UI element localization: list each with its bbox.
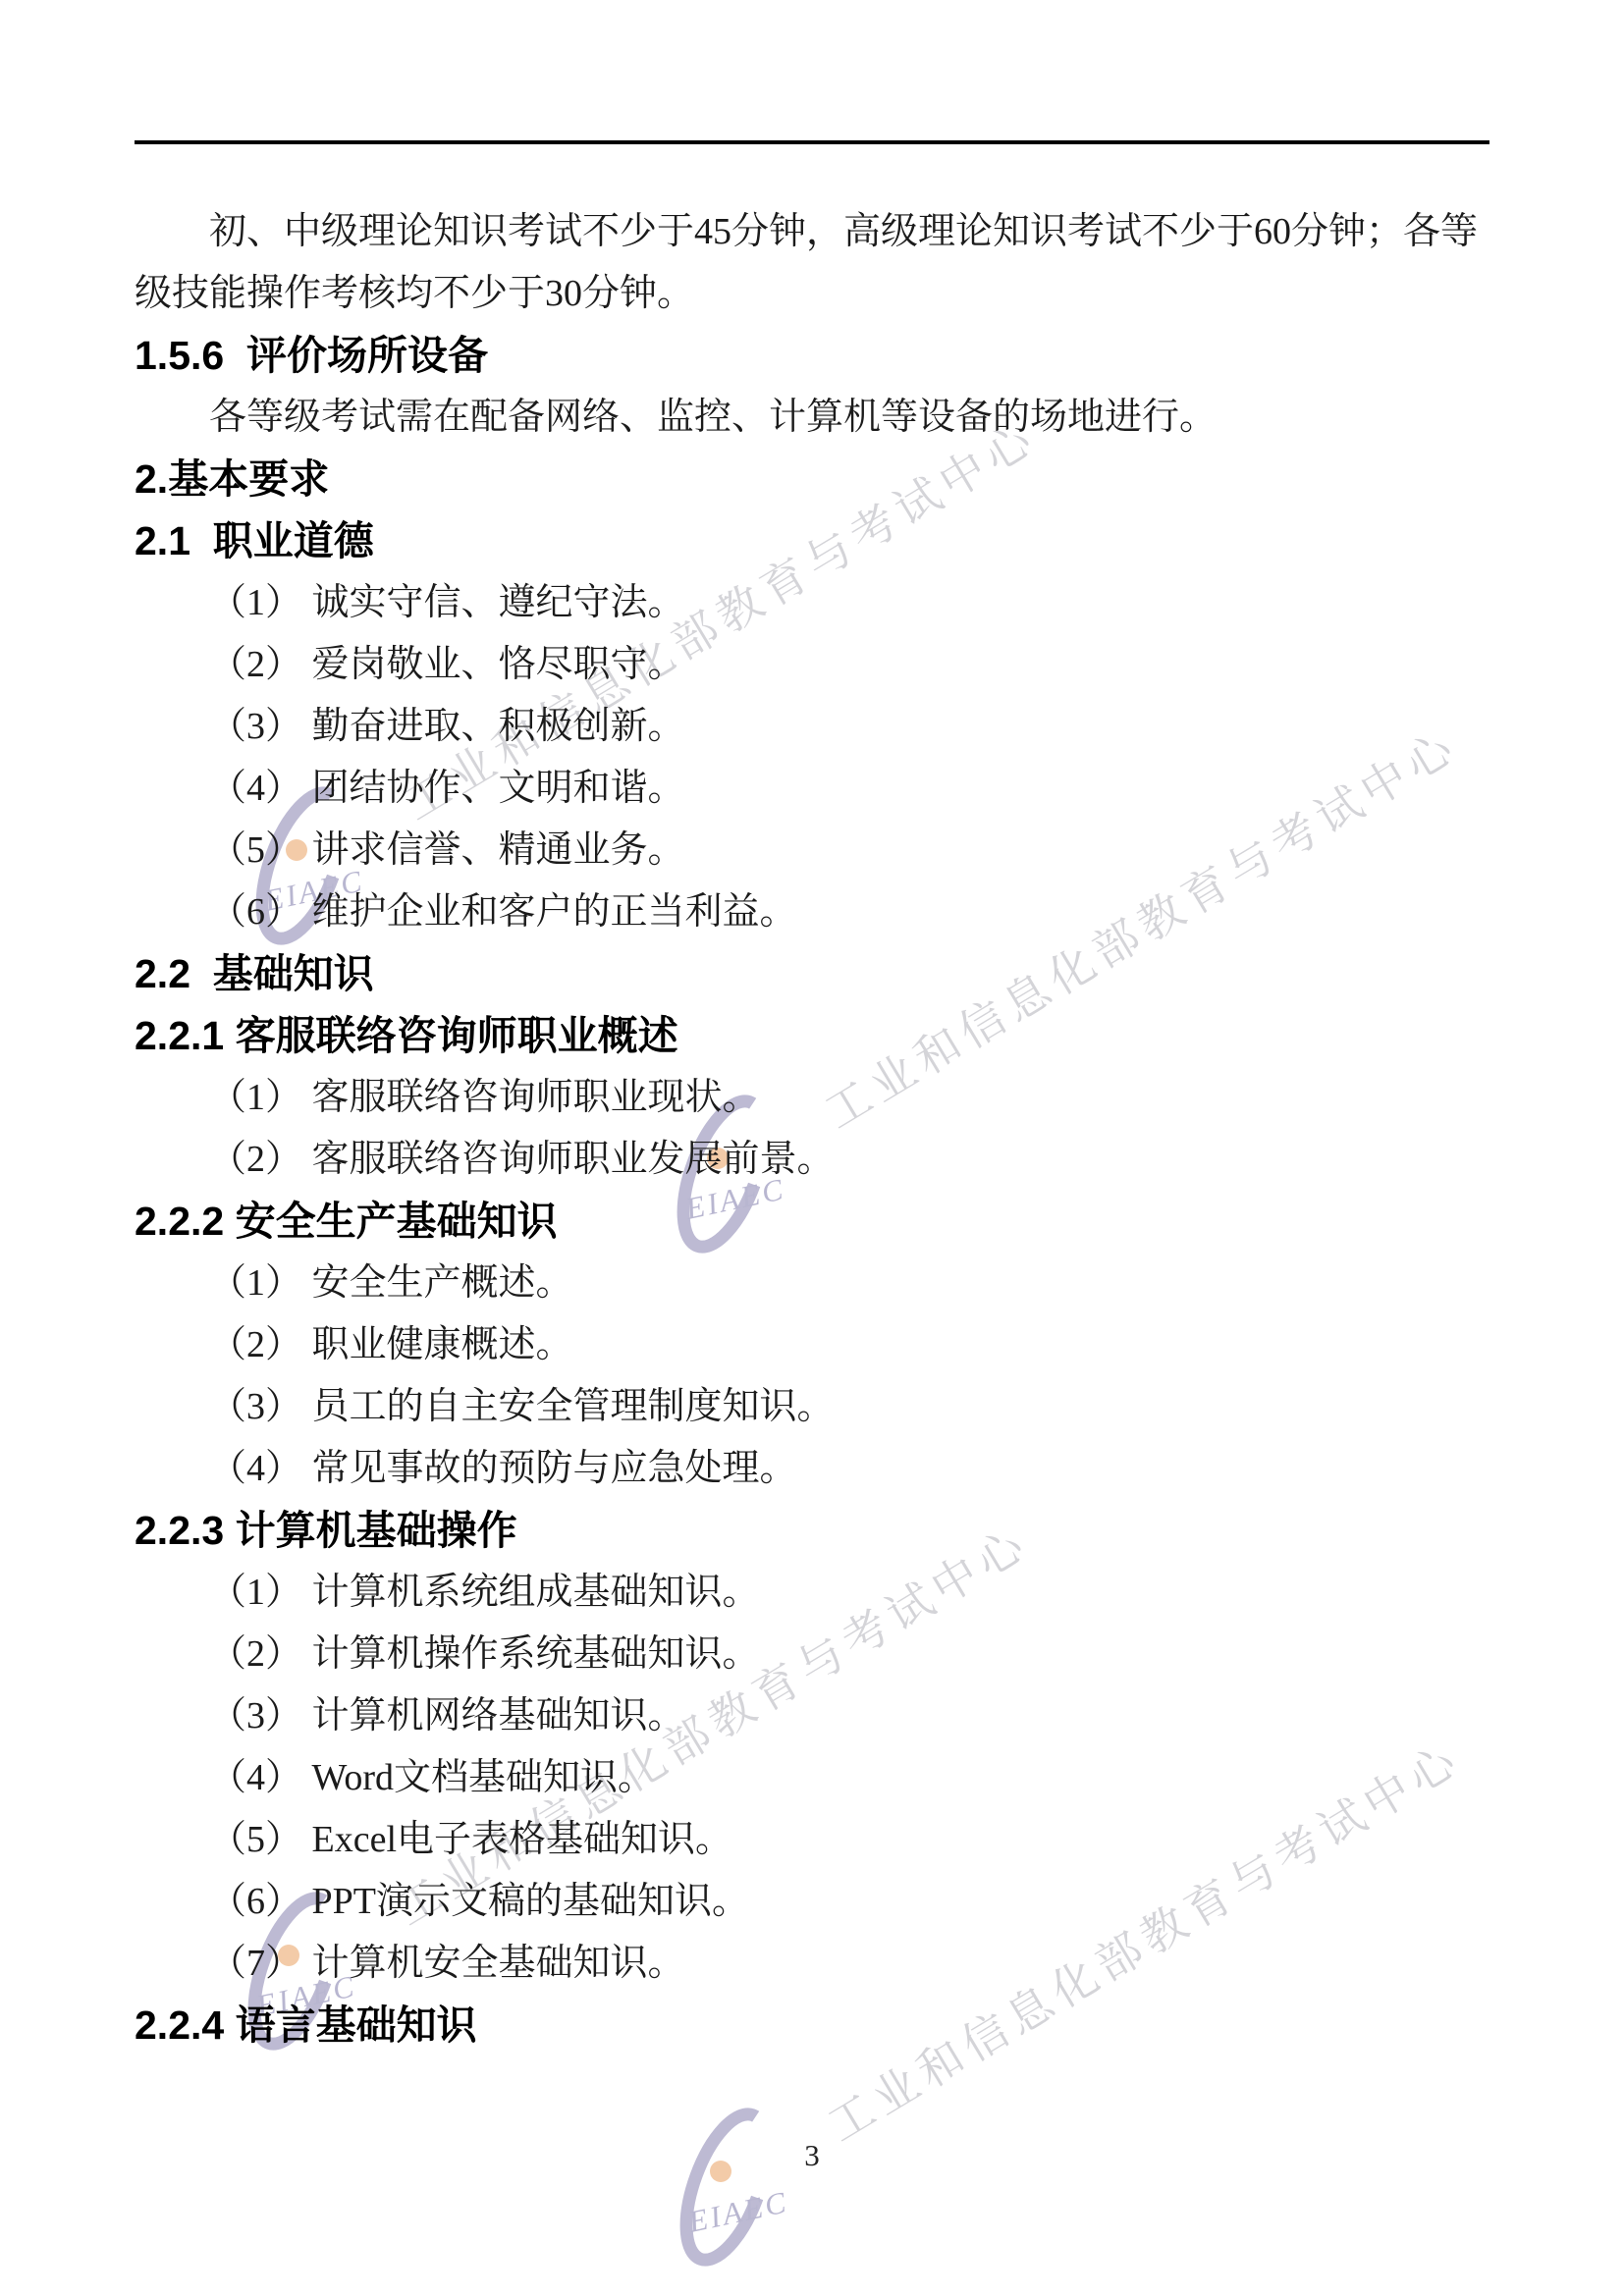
list-item-line: （1） 客服联络咨询师职业现状。 [0, 1067, 1624, 1129]
heading-line: 2.2.2 安全生产基础知识 [0, 1191, 1624, 1253]
heading-line: 2.1 职业道德 [0, 510, 1624, 572]
list-item-line: （2） 计算机操作系统基础知识。 [0, 1624, 1624, 1685]
list-item-line: （5） Excel电子表格基础知识。 [0, 1809, 1624, 1871]
list-item-line: （1） 计算机系统组成基础知识。 [0, 1562, 1624, 1624]
heading-line: 1.5.6 评价场所设备 [0, 325, 1624, 387]
paragraph-line: 初、中级理论知识考试不少于45分钟，高级理论知识考试不少于60分钟；各等 [0, 201, 1624, 263]
text-layer: 初、中级理论知识考试不少于45分钟，高级理论知识考试不少于60分钟；各等级技能操… [0, 0, 1624, 2296]
document-page: EIAEC 工业和信息化部教育与考试中心 EIAEC 工业和信息化部教育与考试中… [0, 0, 1624, 2296]
list-item-line: （1） 安全生产概述。 [0, 1253, 1624, 1314]
list-item-line: （7） 计算机安全基础知识。 [0, 1933, 1624, 1995]
list-item-line: （2） 职业健康概述。 [0, 1314, 1624, 1376]
paragraph-line: 各等级考试需在配备网络、监控、计算机等设备的场地进行。 [0, 387, 1624, 449]
heading-line: 2.2.3 计算机基础操作 [0, 1500, 1624, 1562]
list-item-line: （3） 勤奋进取、积极创新。 [0, 696, 1624, 758]
list-item-line: （2） 客服联络咨询师职业发展前景。 [0, 1129, 1624, 1191]
list-item-line: （4） 团结协作、文明和谐。 [0, 758, 1624, 820]
heading-line: 2.基本要求 [0, 449, 1624, 510]
page-number: 3 [0, 2138, 1624, 2173]
list-item-line: （2） 爱岗敬业、恪尽职守。 [0, 634, 1624, 696]
list-item-line: （1） 诚实守信、遵纪守法。 [0, 572, 1624, 634]
list-item-line: （4） Word文档基础知识。 [0, 1747, 1624, 1809]
list-item-line: （6） PPT演示文稿的基础知识。 [0, 1871, 1624, 1933]
heading-line: 2.2.4 语言基础知识 [0, 1995, 1624, 2056]
list-item-line: （4） 常见事故的预防与应急处理。 [0, 1438, 1624, 1500]
heading-line: 2.2.1 客服联络咨询师职业概述 [0, 1005, 1624, 1067]
list-item-line: （3） 计算机网络基础知识。 [0, 1685, 1624, 1747]
heading-line: 2.2 基础知识 [0, 943, 1624, 1005]
list-item-line: （5） 讲求信誉、精通业务。 [0, 820, 1624, 881]
list-item-line: （6） 维护企业和客户的正当利益。 [0, 881, 1624, 943]
paragraph-line: 级技能操作考核均不少于30分钟。 [0, 263, 1624, 325]
list-item-line: （3） 员工的自主安全管理制度知识。 [0, 1376, 1624, 1438]
